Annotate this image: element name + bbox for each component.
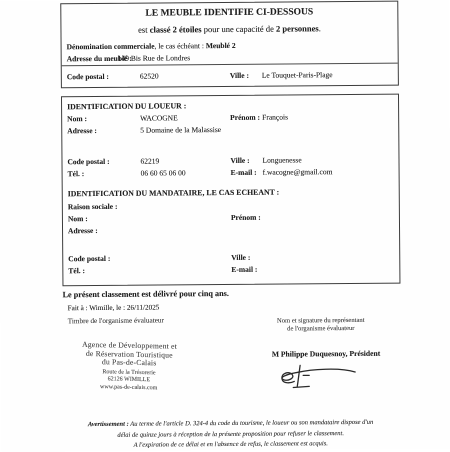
owner-address-value: 5 Domaine de la Malassise <box>140 125 221 135</box>
owner-postal-value: 62219 <box>140 157 159 166</box>
property-city-label: Ville : <box>230 71 249 80</box>
owner-address-label: Adresse : <box>67 126 97 135</box>
owner-box: IDENTIFICATION DU LOUEUR : Nom : WACOGNE… <box>61 94 400 287</box>
document-title: LE MEUBLE IDENTIFIE CI-DESSOUS <box>61 7 397 20</box>
agent-address-row: Adresse : <box>63 224 399 237</box>
property-address-value: 149 Bis Rue de Londres <box>118 53 191 63</box>
agent-firstname-label: Prénom : <box>231 213 261 222</box>
property-postal-label: Code postal : <box>67 72 109 81</box>
denomination-label: Dénomination commerciale <box>67 42 155 52</box>
owner-email-value: f.wacogne@gmail.com <box>263 167 333 177</box>
agent-section-title: IDENTIFICATION DU MANDATAIRE, LE CAS ECH… <box>68 188 280 199</box>
property-city-value: Le Touquet-Paris-Plage <box>262 70 333 80</box>
agent-name-row: Nom : Prénom : <box>63 212 399 225</box>
agent-city-label: Ville : <box>231 253 250 262</box>
validity-statement: Le présent classement est délivré pour c… <box>63 289 229 299</box>
agent-name-label: Nom : <box>68 214 88 223</box>
denomination-row: Dénomination commerciale, le cas échéant… <box>67 41 236 51</box>
property-postal-row: Code postal : 62520 Ville : Le Touquet-P… <box>62 70 398 83</box>
agent-company-label: Raison sociale : <box>68 202 118 211</box>
owner-name-value: WACOGNE <box>140 113 178 122</box>
classification-line: est classé 2 étoiles pour une capacité d… <box>61 23 397 36</box>
classification-text: est <box>138 25 150 35</box>
capacity-text: pour une capacité de <box>202 24 276 35</box>
agent-phone-label: Tél. : <box>68 266 85 275</box>
agent-phone-row: Tél. : E-mail : <box>63 264 399 277</box>
owner-section-title: IDENTIFICATION DU LOUEUR : <box>67 101 186 111</box>
owner-postal-label: Code postal : <box>67 157 109 166</box>
agent-email-label: E-mail : <box>231 265 257 274</box>
agent-address-label: Adresse : <box>68 226 98 235</box>
president-name: M Philippe Duquesnoy, Président <box>251 349 401 359</box>
owner-phone-label: Tél. : <box>68 169 85 178</box>
evaluator-stamp: Agence de Développement et de Réservatio… <box>63 340 196 393</box>
legal-warning: Avertissement : Au terme de l'article D.… <box>35 417 427 451</box>
signature-caption: Nom et signature du représentant de l'or… <box>253 317 389 334</box>
capacity-value: 2 personnes <box>276 23 319 33</box>
owner-name-row: Nom : WACOGNE Prénom : François <box>62 112 398 125</box>
agent-postal-label: Code postal : <box>68 254 110 263</box>
owner-city-value: Longuenesse <box>262 155 301 164</box>
property-postal-value: 62520 <box>140 72 159 81</box>
stamp-caption: Timbre de l'organisme évaluateur <box>68 316 164 325</box>
owner-city-label: Ville : <box>230 156 249 165</box>
owner-address-row: Adresse : 5 Domaine de la Malassise <box>62 124 398 137</box>
legal-warning-label: Avertissement : <box>88 421 129 428</box>
signature-icon <box>273 360 361 395</box>
owner-name-label: Nom : <box>67 114 87 123</box>
issued-at-line: Fait à : Wimille, le : 26/11/2025 <box>68 304 160 313</box>
agent-company-row: Raison sociale : <box>63 200 399 213</box>
classification-certificate-document: LE MEUBLE IDENTIFIE CI-DESSOUS est class… <box>0 0 450 452</box>
owner-phone-row: Tél. : 06 60 65 06 00 E-mail : f.wacogne… <box>63 167 399 180</box>
denomination-value: Meublé 2 <box>206 41 236 50</box>
owner-phone-value: 06 60 65 06 00 <box>141 168 186 177</box>
owner-firstname-value: François <box>262 113 288 122</box>
property-box: LE MEUBLE IDENTIFIE CI-DESSOUS est class… <box>60 1 399 89</box>
owner-email-label: E-mail : <box>231 168 257 177</box>
owner-firstname-label: Prénom : <box>230 113 260 122</box>
owner-postal-row: Code postal : 62219 Ville : Longuenesse <box>62 155 398 168</box>
classification-stars: classé 2 étoiles <box>150 24 202 34</box>
stamp-line: du Pas-de-Calais <box>63 358 195 369</box>
stamp-line: www.pas-de-calais.com <box>63 383 195 393</box>
agent-postal-row: Code postal : Ville : <box>63 252 399 265</box>
